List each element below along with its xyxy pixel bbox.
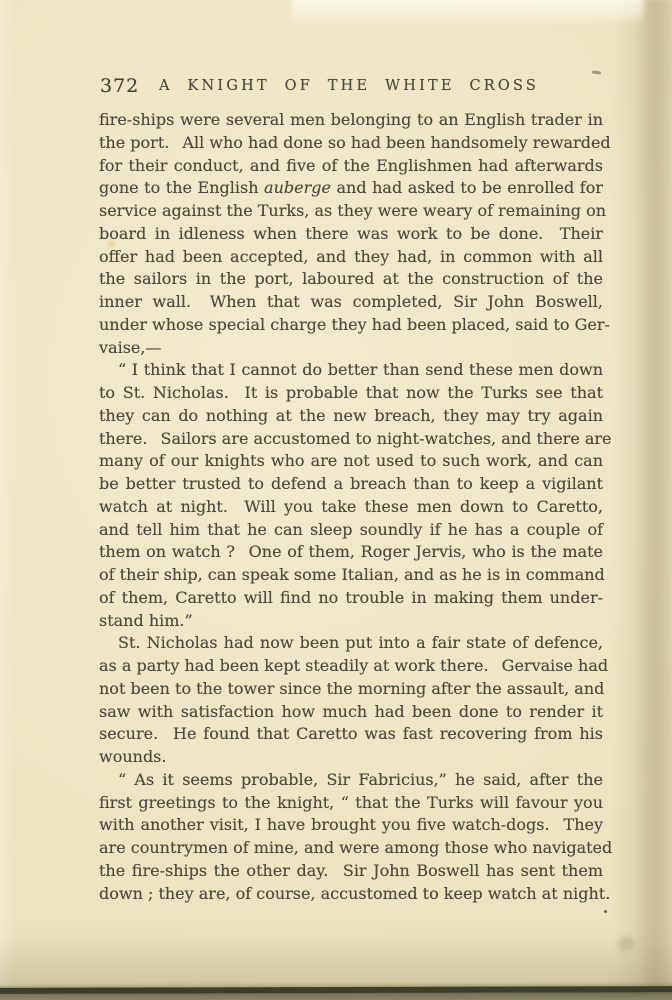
text-line: inner wall. When that was completed, Sir… — [99, 291, 603, 314]
text-line: secure. He found that Caretto was fast r… — [99, 723, 603, 746]
text-line: offer had been accepted, and they had, i… — [99, 246, 603, 269]
text-line: down ; they are, of course, accustomed t… — [99, 883, 603, 906]
text-line: the sailors in the port, laboured at the… — [99, 268, 603, 291]
text-line: service against the Turks, as they were … — [99, 200, 603, 223]
text-line: they can do nothing at the new breach, t… — [99, 405, 603, 428]
text-line: of them, Caretto will find no trouble in… — [99, 587, 603, 610]
page-edge-shadow-right — [636, 0, 672, 988]
paragraph: “ As it seems probable, Sir Fabricius,” … — [99, 769, 603, 906]
text-line: and tell him that he can sleep soundly i… — [99, 519, 603, 542]
text-line: gone to the English auberge and had aske… — [99, 177, 603, 200]
scan-light-reflection — [292, 0, 644, 26]
text-line: watch at night. Will you take these men … — [99, 496, 603, 519]
paragraph: fire-ships were several men belonging to… — [99, 109, 603, 359]
scan-speck-dash — [592, 70, 601, 74]
text-line: “ As it seems probable, Sir Fabricius,” … — [99, 769, 603, 792]
text-line: as a party had been kept steadily at wor… — [99, 655, 603, 678]
page-header-row: 372 A KNIGHT OF THE WHITE CROSS — [99, 75, 603, 99]
text-line: are countrymen of mine, and were among t… — [99, 837, 603, 860]
text-line: first greetings to the knight, “ that th… — [99, 792, 603, 815]
text-line: many of our knights who are not used to … — [99, 450, 603, 473]
text-line: wounds. — [99, 746, 603, 769]
text-line: of their ship, can speak some Italian, a… — [99, 564, 603, 587]
text-line: fire-ships were several men belonging to… — [99, 109, 603, 132]
text-line: “ I think that I cannot do better than s… — [99, 359, 603, 382]
text-block: fire-ships were several men belonging to… — [99, 109, 603, 905]
text-line: there. Sailors are accustomed to night-w… — [99, 428, 603, 451]
text-line: to St. Nicholas. It is probable that now… — [99, 382, 603, 405]
text-line: the port. All who had done so had been h… — [99, 132, 603, 155]
text-line: St. Nicholas had now been put into a fai… — [99, 632, 603, 655]
paragraph: “ I think that I cannot do better than s… — [99, 359, 603, 632]
text-line: vaise,— — [99, 337, 603, 360]
text-line: saw with satisfaction how much had been … — [99, 701, 603, 724]
text-line: with another visit, I have brought you f… — [99, 814, 603, 837]
text-line: under whose special charge they had been… — [99, 314, 603, 337]
running-header: A KNIGHT OF THE WHITE CROSS — [99, 78, 599, 94]
text-line: the fire-ships the other day. Sir John B… — [99, 860, 603, 883]
text-line: board in idleness when there was work to… — [99, 223, 603, 246]
text-line: stand him.” — [99, 610, 603, 633]
text-line: for their conduct, and five of the Engli… — [99, 155, 603, 178]
text-line: them on watch ? One of them, Roger Jervi… — [99, 541, 603, 564]
text-line: be better trusted to defend a breach tha… — [99, 473, 603, 496]
page-edge-shadow-bottom — [0, 938, 672, 988]
scan-speck-blob — [618, 936, 634, 952]
book-page-scan: 372 A KNIGHT OF THE WHITE CROSS fire-shi… — [0, 0, 672, 1000]
scan-speck-dot — [604, 910, 607, 913]
text-line: not been to the tower since the morning … — [99, 678, 603, 701]
paragraph: St. Nicholas had now been put into a fai… — [99, 632, 603, 769]
